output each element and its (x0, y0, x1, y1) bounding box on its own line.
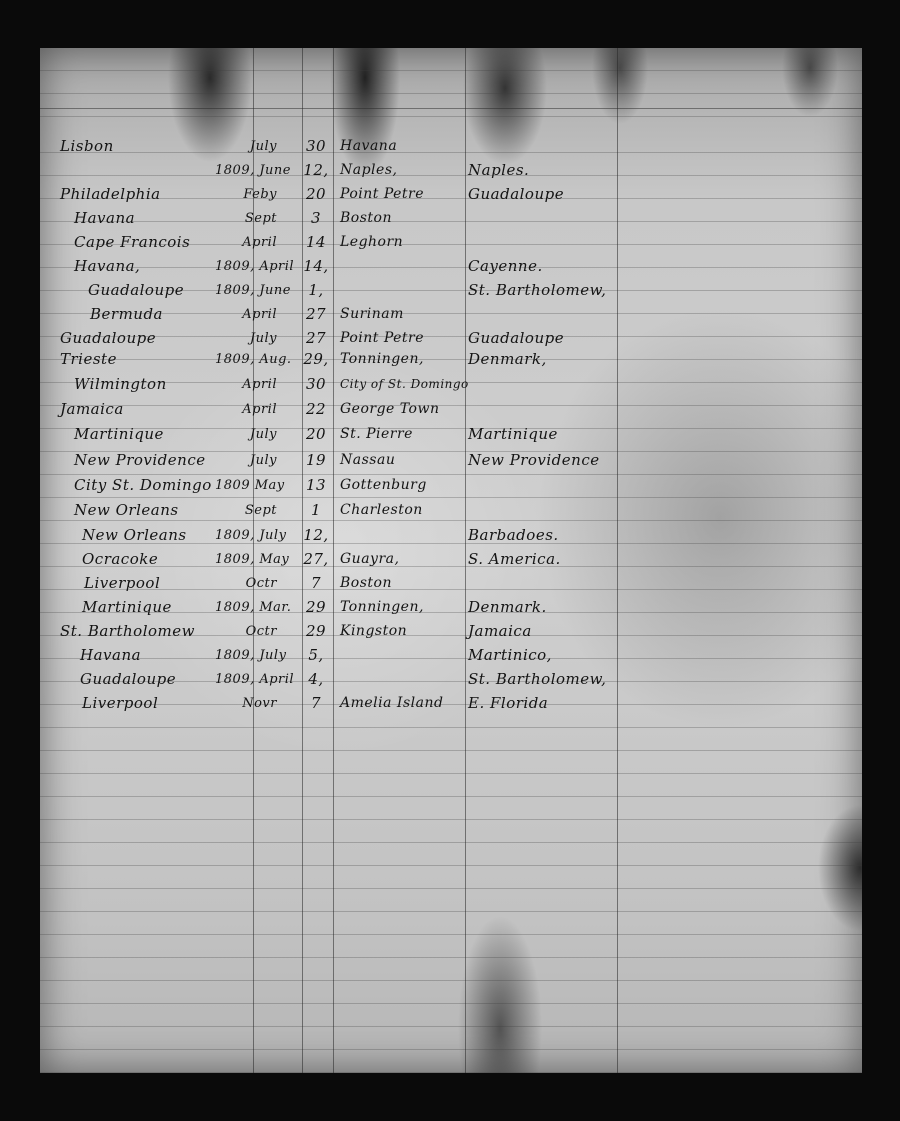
day-cell: 20 (302, 423, 330, 446)
ledger-row: Ocracoke 1809, May 27, Guayra, S. Americ… (40, 548, 862, 571)
port-cell: Tonningen, (340, 596, 470, 619)
day-cell: 5, (302, 644, 330, 667)
country-cell (468, 135, 618, 158)
day-cell: 3 (302, 207, 330, 230)
day-cell: 27, (302, 548, 330, 571)
day-cell: 7 (302, 572, 330, 595)
month-cell: April (215, 373, 277, 396)
month-cell: April (215, 303, 277, 326)
country-cell (468, 231, 618, 254)
month-cell: 1809, June (215, 159, 277, 182)
header-rule (40, 108, 862, 109)
port-cell: Point Petre (340, 327, 470, 350)
ledger-row: Guadaloupe 1809, June 1, St. Bartholomew… (40, 279, 862, 302)
country-cell: Naples. (468, 159, 618, 182)
country-cell: Barbadoes. (468, 524, 618, 547)
port-cell: Point Petre (340, 183, 470, 206)
month-cell: Octr (215, 620, 277, 643)
country-cell (468, 207, 618, 230)
day-cell: 14, (302, 255, 330, 278)
port-cell: Kingston (340, 620, 470, 643)
country-cell (468, 398, 618, 421)
day-cell: 29, (302, 348, 330, 371)
ledger-row: Havana, 1809, April 14, Cayenne. (40, 255, 862, 278)
ledger-row: Havana Sept 3 Boston (40, 207, 862, 230)
port-cell: Amelia Island (340, 692, 470, 715)
month-cell: July (215, 423, 277, 446)
country-cell: Denmark, (468, 348, 618, 371)
ledger-row: Lisbon July 30 Havana (40, 135, 862, 158)
country-cell (468, 373, 618, 396)
port-cell: Gottenburg (340, 474, 470, 497)
month-cell: July (215, 449, 277, 472)
port-cell: City of St. Domingo (340, 373, 470, 396)
month-cell: April (215, 231, 277, 254)
day-cell: 12, (302, 524, 330, 547)
country-cell: Cayenne. (468, 255, 618, 278)
day-cell: 30 (302, 135, 330, 158)
country-cell (468, 474, 618, 497)
month-cell: 1809, April (215, 668, 277, 691)
month-cell: 1809, May (215, 548, 277, 571)
day-cell: 27 (302, 327, 330, 350)
port-cell (340, 668, 470, 691)
port-cell: George Town (340, 398, 470, 421)
month-cell: July (215, 135, 277, 158)
day-cell: 22 (302, 398, 330, 421)
country-cell: St. Bartholomew, (468, 279, 618, 302)
day-cell: 4, (302, 668, 330, 691)
country-cell (468, 303, 618, 326)
day-cell: 1, (302, 279, 330, 302)
country-cell: New Providence (468, 449, 618, 472)
month-cell: Feby (215, 183, 277, 206)
month-cell: July (215, 327, 277, 350)
month-cell: 1809, April (215, 255, 277, 278)
country-cell (468, 499, 618, 522)
country-cell: Denmark. (468, 596, 618, 619)
port-cell (340, 644, 470, 667)
month-cell: Sept (215, 499, 277, 522)
port-cell: Leghorn (340, 231, 470, 254)
port-cell: Nassau (340, 449, 470, 472)
ledger-row: New Orleans 1809, July 12, Barbadoes. (40, 524, 862, 547)
country-cell: Martinico, (468, 644, 618, 667)
port-cell: Charleston (340, 499, 470, 522)
country-cell: St. Bartholomew, (468, 668, 618, 691)
month-cell: April (215, 398, 277, 421)
day-cell: 1 (302, 499, 330, 522)
month-cell: 1809, Mar. (215, 596, 277, 619)
month-cell: 1809, July (215, 644, 277, 667)
country-cell (468, 572, 618, 595)
port-cell: Naples, (340, 159, 470, 182)
month-cell: 1809, July (215, 524, 277, 547)
ledger-row: New Providence July 19 Nassau New Provid… (40, 449, 862, 472)
month-cell: 1809, Aug. (215, 348, 277, 371)
port-cell: Guayra, (340, 548, 470, 571)
ledger-row: Liverpool Octr 7 Boston (40, 572, 862, 595)
ledger-row: Guadaloupe July 27 Point Petre Guadaloup… (40, 327, 862, 350)
country-cell: Jamaica (468, 620, 618, 643)
country-cell: S. America. (468, 548, 618, 571)
ledger-row: 1809, June 12, Naples, Naples. (40, 159, 862, 182)
month-cell: Octr (215, 572, 277, 595)
day-cell: 29 (302, 620, 330, 643)
day-cell: 7 (302, 692, 330, 715)
port-cell (340, 524, 470, 547)
day-cell: 29 (302, 596, 330, 619)
port-cell: Boston (340, 572, 470, 595)
country-cell: E. Florida (468, 692, 618, 715)
ledger-row: Philadelphia Feby 20 Point Petre Guadalo… (40, 183, 862, 206)
ledger-row: Jamaica April 22 George Town (40, 398, 862, 421)
ledger-row: Martinique 1809, Mar. 29 Tonningen, Denm… (40, 596, 862, 619)
ledger-row: Wilmington April 30 City of St. Domingo (40, 373, 862, 396)
month-cell: Sept (215, 207, 277, 230)
day-cell: 12, (302, 159, 330, 182)
day-cell: 30 (302, 373, 330, 396)
country-cell: Guadaloupe (468, 183, 618, 206)
port-cell (340, 279, 470, 302)
port-cell: Havana (340, 135, 470, 158)
month-cell: 1809, June (215, 279, 277, 302)
ledger-row: Bermuda April 27 Surinam (40, 303, 862, 326)
ledger-row: Martinique July 20 St. Pierre Martinique (40, 423, 862, 446)
day-cell: 20 (302, 183, 330, 206)
port-cell: Boston (340, 207, 470, 230)
port-cell: Surinam (340, 303, 470, 326)
ledger-page: Lisbon July 30 Havana 1809, June 12, Nap… (40, 48, 862, 1073)
day-cell: 27 (302, 303, 330, 326)
ledger-row: New Orleans Sept 1 Charleston (40, 499, 862, 522)
ledger-row: Cape Francois April 14 Leghorn (40, 231, 862, 254)
month-cell: 1809 May (215, 474, 277, 497)
ledger-row: St. Bartholomew Octr 29 Kingston Jamaica (40, 620, 862, 643)
ledger-row: Havana 1809, July 5, Martinico, (40, 644, 862, 667)
ledger-row: Trieste 1809, Aug. 29, Tonningen, Denmar… (40, 348, 862, 371)
day-cell: 14 (302, 231, 330, 254)
ledger-row: City St. Domingo 1809 May 13 Gottenburg (40, 474, 862, 497)
day-cell: 19 (302, 449, 330, 472)
port-cell: Tonningen, (340, 348, 470, 371)
country-cell: Martinique (468, 423, 618, 446)
day-cell: 13 (302, 474, 330, 497)
port-cell (340, 255, 470, 278)
country-cell: Guadaloupe (468, 327, 618, 350)
ledger-row: Guadaloupe 1809, April 4, St. Bartholome… (40, 668, 862, 691)
port-cell: St. Pierre (340, 423, 470, 446)
month-cell: Novr (215, 692, 277, 715)
ledger-row: Liverpool Novr 7 Amelia Island E. Florid… (40, 692, 862, 715)
